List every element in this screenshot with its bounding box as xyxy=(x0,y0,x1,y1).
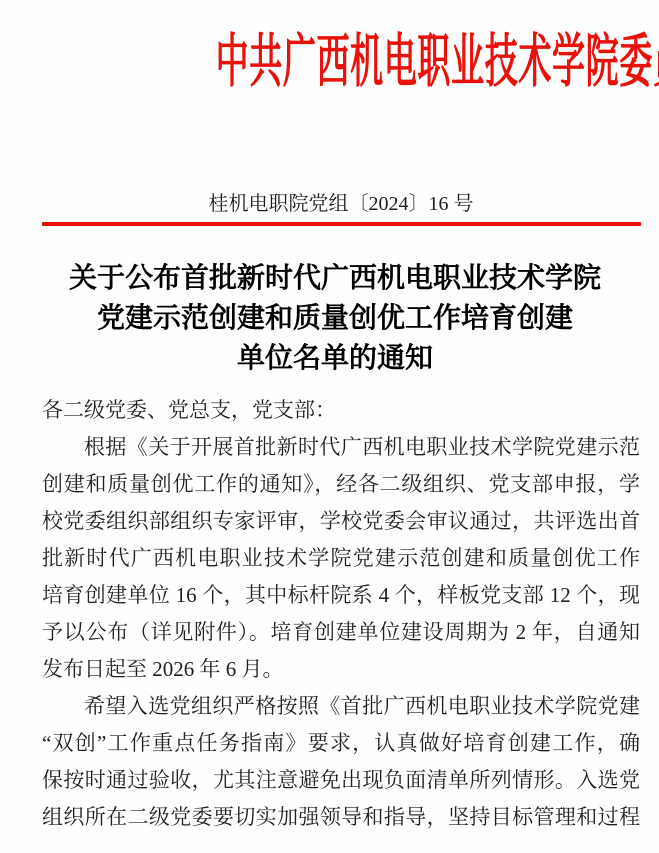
document-body: 各二级党委、党总支，党支部： 根据《关于开展首批新时代广西机电职业技术学院党建示… xyxy=(42,392,640,836)
document-letterhead: 中共广西机电职业技术学院委员会文件 xyxy=(0,24,659,100)
document-title-line: 单位名单的通知 xyxy=(30,339,640,379)
document-title-line: 关于公布首批新时代广西机电职业技术学院 xyxy=(30,259,640,299)
body-line: 根据《关于开展首批新时代广西机电职业技术学院党建示范 xyxy=(42,429,640,466)
document-title: 关于公布首批新时代广西机电职业技术学院 党建示范创建和质量创优工作培育创建 单位… xyxy=(30,259,640,379)
body-line: 校党委组织部组织专家评审，学校党委会审议通过，共评选出首 xyxy=(42,503,640,540)
body-line: 批新时代广西机电职业技术学院党建示范创建和质量创优工作 xyxy=(42,540,640,577)
body-line: “双创”工作重点任务指南》要求，认真做好培育创建工作，确 xyxy=(42,725,640,762)
body-line: 发布日起至 2026 年 6 月。 xyxy=(42,651,640,688)
body-line: 培育创建单位 16 个，其中标杆院系 4 个，样板党支部 12 个，现 xyxy=(42,577,640,614)
document-number: 桂机电职院党组〔2024〕16 号 xyxy=(42,191,640,218)
body-line: 组织所在二级党委要切实加强领导和指导，坚持目标管理和过程 xyxy=(42,799,640,836)
red-separator-line xyxy=(42,222,641,226)
body-line: 保按时通过验收，尤其注意避免出现负面清单所列情形。入选党 xyxy=(42,762,640,799)
body-line: 希望入选党组织严格按照《首批广西机电职业技术学院党建 xyxy=(42,688,640,725)
document-title-line: 党建示范创建和质量创优工作培育创建 xyxy=(30,299,640,339)
letterhead-title: 中共广西机电职业技术学院委员会文件 xyxy=(216,24,659,100)
body-line-salutation: 各二级党委、党总支，党支部： xyxy=(42,392,640,429)
body-line: 予以公布（详见附件）。培育创建单位建设周期为 2 年，自通知 xyxy=(42,614,640,651)
body-line: 创建和质量创优工作的通知》，经各二级组织、党支部申报，学 xyxy=(42,466,640,503)
document-page: 中共广西机电职业技术学院委员会文件 桂机电职院党组〔2024〕16 号 关于公布… xyxy=(0,0,659,853)
